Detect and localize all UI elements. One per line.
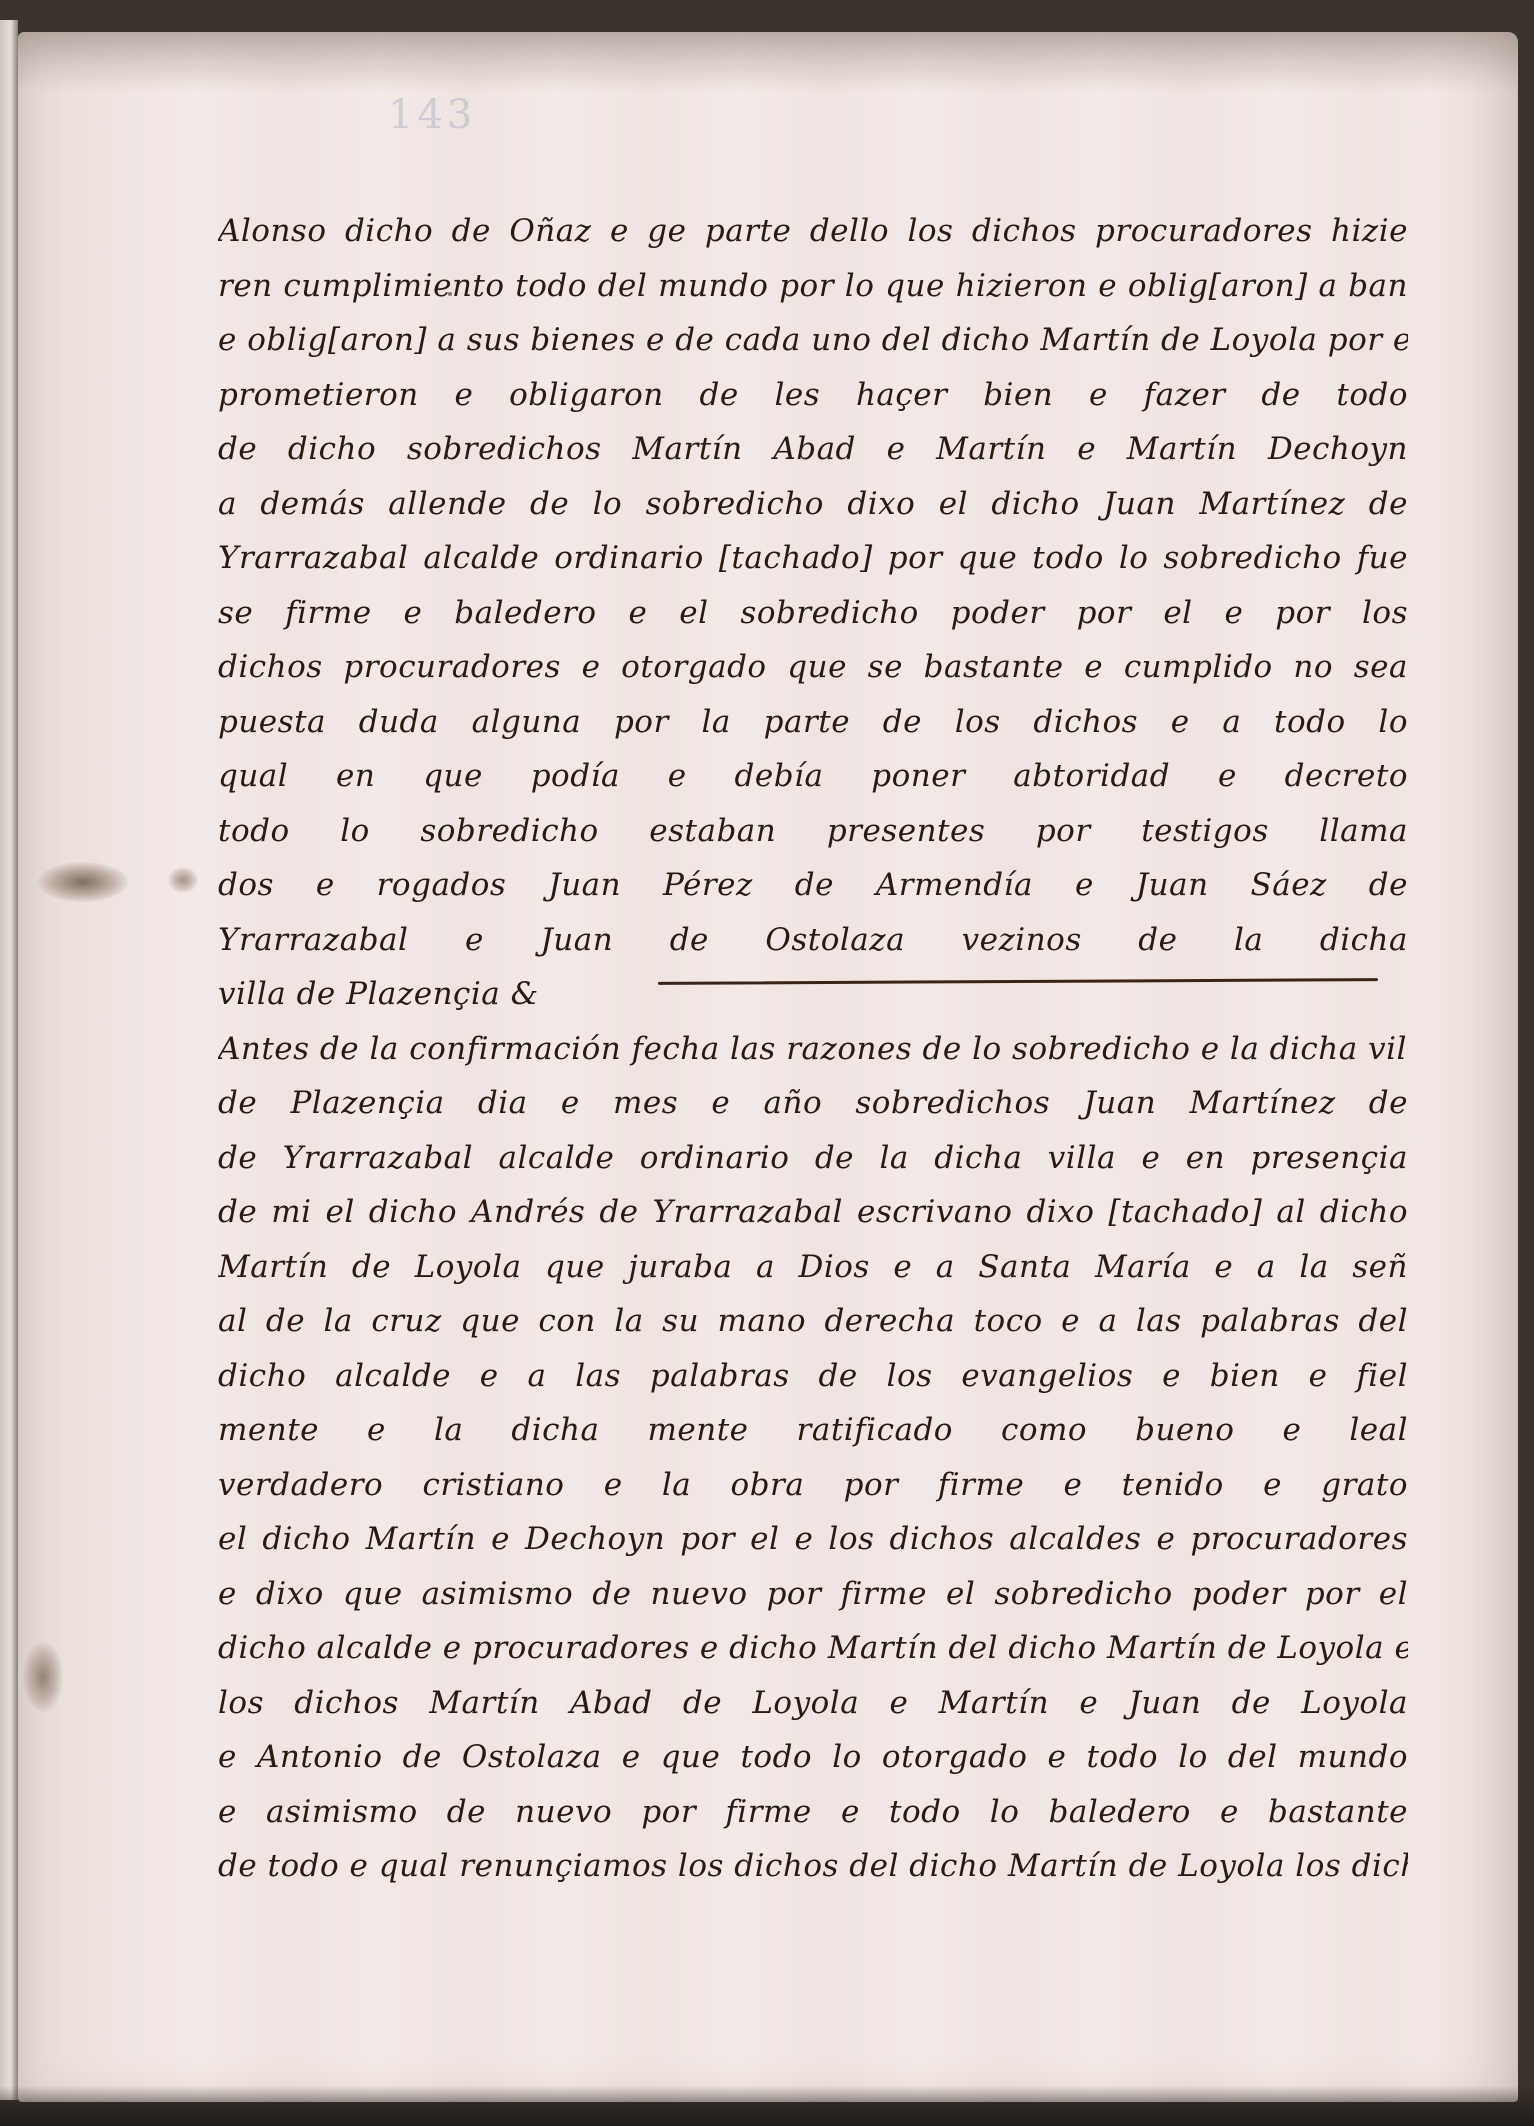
text-line: el dicho Martín e Dechoyn por el e los d… <box>218 1512 1408 1567</box>
text-line: de dicho sobredichos Martín Abad e Martí… <box>218 422 1408 477</box>
text-line: dicho alcalde e a las palabras de los ev… <box>218 1349 1408 1404</box>
manuscript-text-block: Alonso dicho de Oñaz e ge parte dello lo… <box>218 204 1408 1894</box>
text-line: Martín de Loyola que juraba a Dios e a S… <box>218 1240 1408 1295</box>
manuscript-page: 143 Alonso dicho de Oñaz e ge parte dell… <box>18 32 1518 2102</box>
text-line: e oblig[aron] a sus bienes e de cada uno… <box>218 313 1408 368</box>
text-line: Yrarrazabal alcalde ordinario [tachado] … <box>218 531 1408 586</box>
text-line: prometieron e obligaron de les haçer bie… <box>218 368 1408 423</box>
folio-number: 143 <box>388 92 476 138</box>
text-line: e Antonio de Ostolaza e que todo lo otor… <box>218 1730 1408 1785</box>
text-line: dichos procuradores e otorgado que se ba… <box>218 640 1408 695</box>
text-line-final: villa de Plazençia & <box>218 967 1408 1022</box>
text-line: dos e rogados Juan Pérez de Armendía e J… <box>218 858 1408 913</box>
text-line: todo lo sobredicho estaban presentes por… <box>218 804 1408 859</box>
text-line: qual en que podía e debía poner abtorida… <box>218 749 1408 804</box>
manuscript-scan: 143 Alonso dicho de Oñaz e ge parte dell… <box>0 0 1534 2126</box>
text-line: verdadero cristiano e la obra por firme … <box>218 1458 1408 1513</box>
scan-bottom-edge <box>0 2086 1534 2126</box>
adjacent-page-edge <box>0 20 20 2100</box>
text-line: de Yrarrazabal alcalde ordinario de la d… <box>218 1131 1408 1186</box>
ink-stain <box>168 867 198 893</box>
ink-stain <box>23 1642 63 1712</box>
text-line: de Plazençia dia e mes e año sobredichos… <box>218 1076 1408 1131</box>
text-line: de mi el dicho Andrés de Yrarrazabal esc… <box>218 1185 1408 1240</box>
text-line: mente e la dicha mente ratificado como b… <box>218 1403 1408 1458</box>
text-line: Antes de la confirmación fecha las razon… <box>218 1022 1408 1077</box>
text-line: los dichos Martín Abad de Loyola e Martí… <box>218 1676 1408 1731</box>
text-line: se firme e baledero e el sobredicho pode… <box>218 586 1408 641</box>
text-line: dicho alcalde e procuradores e dicho Mar… <box>218 1621 1408 1676</box>
text-line: ren cumplimiento todo del mundo por lo q… <box>218 259 1408 314</box>
text-line: Alonso dicho de Oñaz e ge parte dello lo… <box>218 204 1408 259</box>
text-line: e asimismo de nuevo por firme e todo lo … <box>218 1785 1408 1840</box>
text-line: e dixo que asimismo de nuevo por firme e… <box>218 1567 1408 1622</box>
text-line: Yrarrazabal e Juan de Ostolaza vezinos d… <box>218 913 1408 968</box>
page-top-edge-shadow <box>18 32 1518 92</box>
text-line: puesta duda alguna por la parte de los d… <box>218 695 1408 750</box>
text-line: de todo e qual renunçiamos los dichos de… <box>218 1839 1408 1894</box>
ink-stain <box>38 862 128 902</box>
text-line: a demás allende de lo sobredicho dixo el… <box>218 477 1408 532</box>
text-line: al de la cruz que con la su mano derecha… <box>218 1294 1408 1349</box>
